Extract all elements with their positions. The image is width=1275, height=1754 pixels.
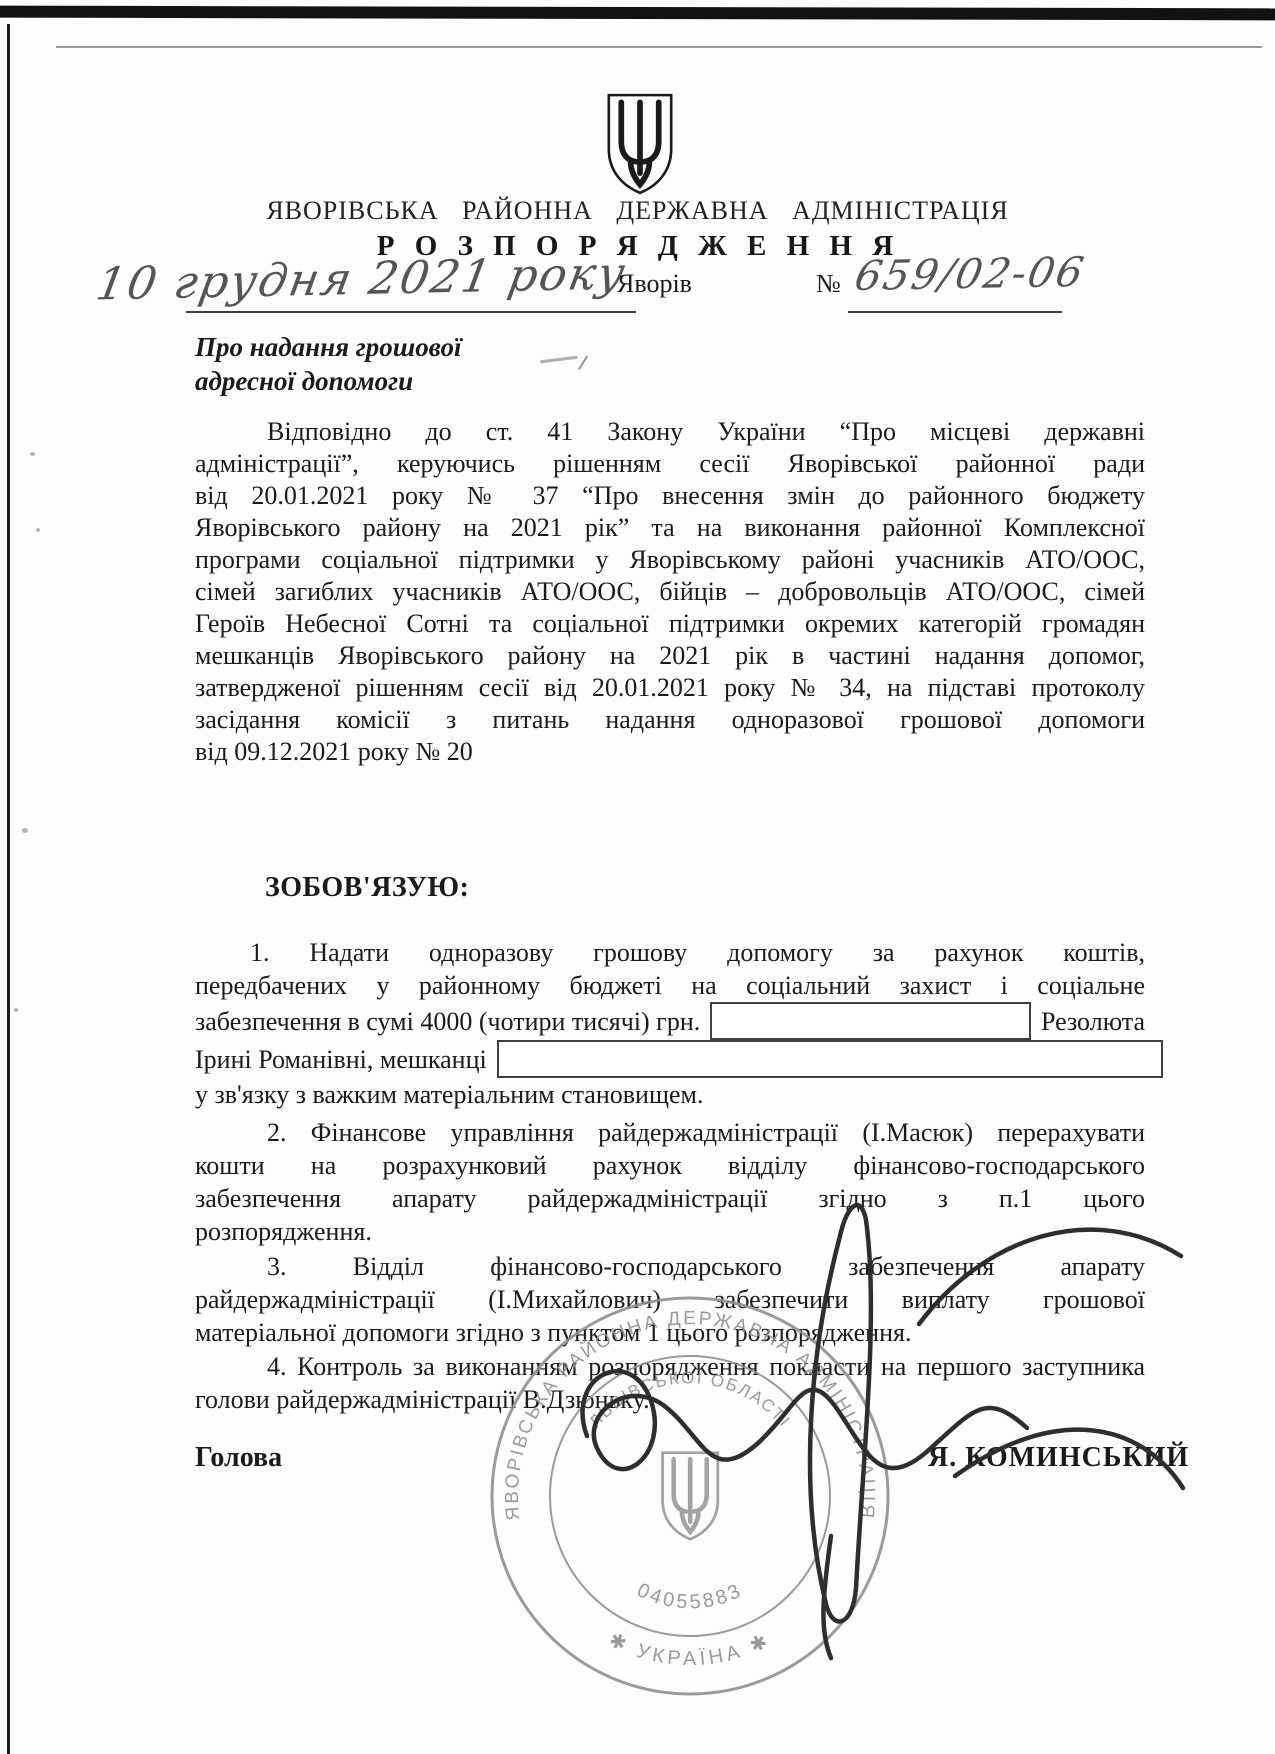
redaction-box-address [497, 1040, 1163, 1078]
number-underline [848, 311, 1062, 313]
trident-icon [603, 92, 677, 196]
text-line: Про надання грошової [195, 330, 461, 364]
organization-name: ЯВОРІВСЬКА РАЙОННА ДЕРЖАВНА АДМІНІСТРАЦІ… [0, 196, 1275, 226]
text-line: від 09.12.2021 року № 20 [195, 736, 1145, 768]
text-line: засідання комісії з питань надання однор… [195, 704, 1145, 736]
item1-amount-text: забезпечення в сумі 4000 (чотири тисячі)… [195, 1005, 700, 1038]
ukraine-trident-emblem [603, 92, 677, 196]
scan-smudge [578, 356, 595, 372]
scan-smudge [540, 356, 578, 364]
text-line: Героїв Небесної Сотні та соціальної підт… [195, 608, 1145, 640]
scan-edge-top [0, 6, 1275, 21]
scan-speck [36, 528, 40, 532]
scan-line-top [56, 46, 1262, 48]
item1-amount-line: забезпечення в сумі 4000 (чотири тисячі)… [195, 1002, 1145, 1040]
text-line: від 20.01.2021 року № 37 “Про внесення з… [195, 480, 1145, 512]
city-label: Яворів [617, 269, 692, 299]
item1-surname: Резолюта [1041, 1005, 1145, 1038]
text-line: кошти на розрахунковий рахунок відділу ф… [195, 1149, 1145, 1182]
text-line: 1. Надати одноразову грошову допомогу за… [195, 936, 1145, 969]
scan-edge-left [7, 24, 10, 1754]
text-line: передбачених у районному бюджеті на соці… [195, 969, 1145, 1002]
date-underline [186, 311, 636, 313]
text-line: затвердженої рішенням сесії від 20.01.20… [195, 672, 1145, 704]
scan-speck [30, 452, 35, 456]
text-line: Яворівського району на 2021 рік” та на в… [195, 512, 1145, 544]
preamble-paragraph: Відповідно до ст. 41 Закону України “Про… [195, 416, 1145, 768]
number-sign: № [816, 269, 841, 299]
text-line: адміністрації”, керуючись рішенням сесії… [195, 448, 1145, 480]
document-subject: Про надання грошовоїадресної допомоги [195, 330, 461, 398]
handwritten-signature [535, 1196, 1195, 1666]
item1-closing-line: у зв'язку з важким матеріальним становищ… [195, 1078, 1145, 1111]
signatory-title: Голова [195, 1442, 282, 1474]
order-item-1: 1. Надати одноразову грошову допомогу за… [195, 936, 1145, 1111]
scan-speck [14, 1008, 18, 1012]
handwritten-date: 10 грудня 2021 року [92, 246, 630, 310]
text-line: програми соціальної підтримки у Яворівсь… [195, 544, 1145, 576]
text-line: сімей загиблих учасників АТО/ООС, бійців… [195, 576, 1145, 608]
text-line: адресної допомоги [195, 364, 461, 398]
redaction-box-name [710, 1002, 1031, 1040]
handwritten-document-number: 659/02-06 [851, 248, 1089, 300]
text-line: Відповідно до ст. 41 Закону України “Про… [195, 416, 1145, 448]
scanned-document-page: ЯВОРІВСЬКА РАЙОННА ДЕРЖАВНА АДМІНІСТРАЦІ… [0, 0, 1275, 1754]
text-line: мешканців Яворівського району на 2021 рі… [195, 640, 1145, 672]
order-heading: ЗОБОВ'ЯЗУЮ: [265, 872, 469, 904]
item1-opening-lines: 1. Надати одноразову грошову допомогу за… [195, 936, 1145, 1002]
text-line: 2. Фінансове управління райдержадміністр… [195, 1116, 1145, 1149]
scan-speck [22, 828, 28, 833]
item1-address-line: Ірині Романівні, мешканці [195, 1040, 1145, 1078]
item1-resident-text: Ірині Романівні, мешканці [195, 1043, 487, 1076]
